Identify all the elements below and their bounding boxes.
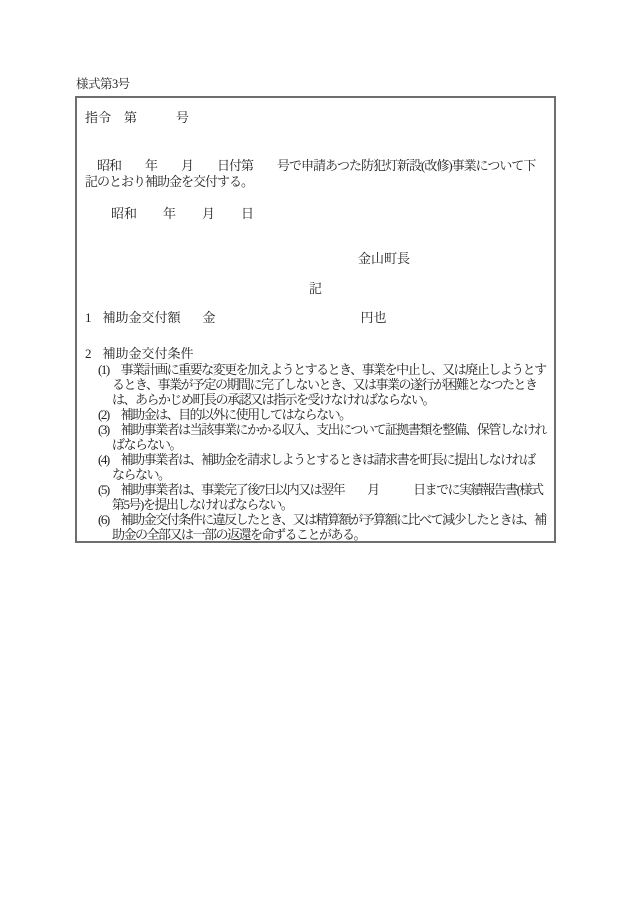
- grant-amount-item-number: 1: [85, 310, 92, 325]
- document-page: 様式第3号 指令 第 号 昭和 年 月 日付第 号で申請あつた防犯灯新設(改修)…: [0, 0, 630, 903]
- condition-item-2: (2)補助金は、目的以外に使用してはならない。: [98, 407, 546, 422]
- amount-prefix-yen-kanji: 金: [203, 310, 216, 325]
- grant-amount-line: 1補助金交付額金円也: [85, 310, 546, 326]
- document-border-box: 指令 第 号 昭和 年 月 日付第 号で申請あつた防犯灯新設(改修)事業について…: [75, 96, 556, 543]
- conditions-section-label: 補助金交付条件: [103, 346, 194, 361]
- condition-3-text: 補助事業者は当該事業にかかる収入、支出について証拠書類を整備、保管しなければなら…: [112, 422, 546, 452]
- condition-6-text: 補助金交付条件に違反したとき、又は精算額が予算額に比べて減少したときは、補助金の…: [112, 512, 546, 542]
- condition-item-1: (1)事業計画に重要な変更を加えようとするとき、事業を中止し、又は廃止しようとす…: [98, 362, 546, 407]
- intro-paragraph: 昭和 年 月 日付第 号で申請あつた防犯灯新設(改修)事業について下記のとおり補…: [85, 158, 546, 190]
- issue-date-line: 昭和 年 月 日: [85, 206, 546, 222]
- condition-4-text: 補助事業者は、補助金を請求しようとするときは請求書を町長に提出しなければならない…: [112, 452, 535, 482]
- form-number-label: 様式第3号: [76, 77, 130, 91]
- condition-5-text: 補助事業者は、事業完了後7日以内又は翌年 月 日までに実績報告書(様式第5号)を…: [112, 482, 543, 512]
- mayor-signature: 金山町長: [85, 251, 546, 267]
- condition-item-3: (3)補助事業者は当該事業にかかる収入、支出について証拠書類を整備、保管しなけれ…: [98, 422, 546, 452]
- condition-item-4: (4)補助事業者は、補助金を請求しようとするときは請求書を町長に提出しなければな…: [98, 452, 546, 482]
- condition-3-marker: (3): [98, 422, 109, 437]
- directive-number-line: 指令 第 号: [85, 110, 546, 126]
- condition-1-text: 事業計画に重要な変更を加えようとするとき、事業を中止し、又は廃止しようとするとき…: [112, 362, 546, 407]
- condition-6-marker: (6): [98, 512, 109, 527]
- condition-item-6: (6)補助金交付条件に違反したとき、又は精算額が予算額に比べて減少したときは、補…: [98, 512, 546, 542]
- condition-1-marker: (1): [98, 362, 109, 377]
- conditions-list: (1)事業計画に重要な変更を加えようとするとき、事業を中止し、又は廃止しようとす…: [98, 362, 546, 542]
- condition-item-5: (5)補助事業者は、事業完了後7日以内又は翌年 月 日までに実績報告書(様式第5…: [98, 482, 546, 512]
- grant-amount-label: 補助金交付額: [103, 310, 181, 325]
- conditions-section-number: 2: [85, 346, 92, 361]
- record-heading: 記: [85, 281, 546, 297]
- amount-suffix-enya: 円也: [361, 310, 387, 325]
- condition-4-marker: (4): [98, 452, 109, 467]
- condition-2-text: 補助金は、目的以外に使用してはならない。: [121, 407, 351, 422]
- condition-2-marker: (2): [98, 407, 109, 422]
- condition-5-marker: (5): [98, 482, 109, 497]
- conditions-section-heading: 2補助金交付条件: [85, 346, 546, 362]
